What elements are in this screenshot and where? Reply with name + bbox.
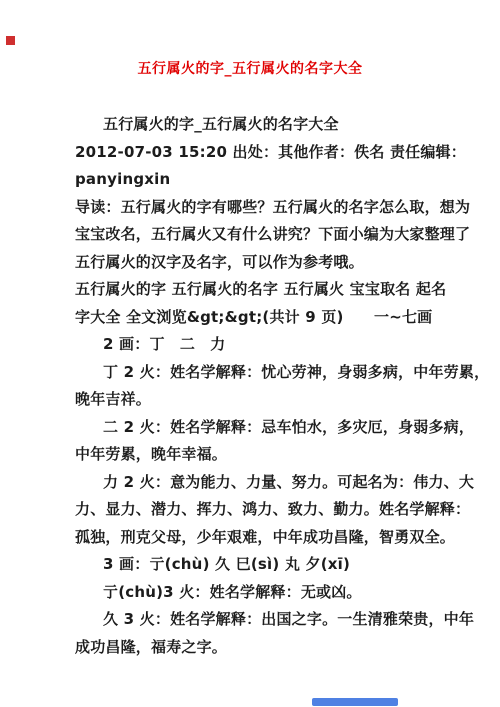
body-line: 久 3 火：姓名学解释：出国之字。一生清雅荣贵，中年	[75, 606, 470, 634]
body-line: 导读：五行属火的字有哪些？五行属火的名字怎么取，想为	[75, 194, 470, 222]
body-line: 成功昌隆，福寿之字。	[75, 634, 470, 662]
body-line: 丁 2 火：姓名学解释：忧心劳神，身弱多病，中年劳累，	[75, 359, 470, 387]
body-line: 字大全 全文浏览&gt;&gt;(共计 9 页) 一~七画	[75, 304, 470, 332]
body-line: 五行属火的字_五行属火的名字大全	[75, 111, 470, 139]
body-line: panyingxin	[75, 166, 470, 194]
document-body: 五行属火的字_五行属火的名字大全2012-07-03 15:20 出处：其他作者…	[75, 111, 470, 661]
body-line: 二 2 火：姓名学解释：忌车怕水，多灾厄，身弱多病，	[75, 414, 470, 442]
document-title: 五行属火的字_五行属火的名字大全	[0, 58, 500, 80]
body-line: 力 2 火：意为能力、力量、努力。可起名为：伟力、大	[75, 469, 470, 497]
body-line: 五行属火的汉字及名字，可以作为参考哦。	[75, 249, 470, 277]
body-line: 宝宝改名，五行属火又有什么讲究？下面小编为大家整理了	[75, 221, 470, 249]
bottom-progress-bar	[312, 698, 398, 706]
body-line: 2012-07-03 15:20 出处：其他作者：佚名 责任编辑：	[75, 139, 470, 167]
body-line: 五行属火的字 五行属火的名字 五行属火 宝宝取名 起名	[75, 276, 470, 304]
body-line: 亍(chù)3 火：姓名学解释：无或凶。	[75, 579, 470, 607]
body-line: 孤独，刑克父母，少年艰难，中年成功昌隆，智勇双全。	[75, 524, 470, 552]
document-page: 五行属火的字_五行属火的名字大全 五行属火的字_五行属火的名字大全2012-07…	[0, 0, 500, 707]
body-line: 3 画：亍(chù) 久 巳(sì) 丸 夕(xī)	[75, 551, 470, 579]
body-line: 晚年吉祥。	[75, 386, 470, 414]
body-line: 中年劳累，晚年幸福。	[75, 441, 470, 469]
body-line: 2 画：丁 二 力	[75, 331, 470, 359]
red-corner-marker	[6, 36, 15, 45]
body-line: 力、显力、潜力、挥力、鸿力、致力、勤力。姓名学解释：	[75, 496, 470, 524]
